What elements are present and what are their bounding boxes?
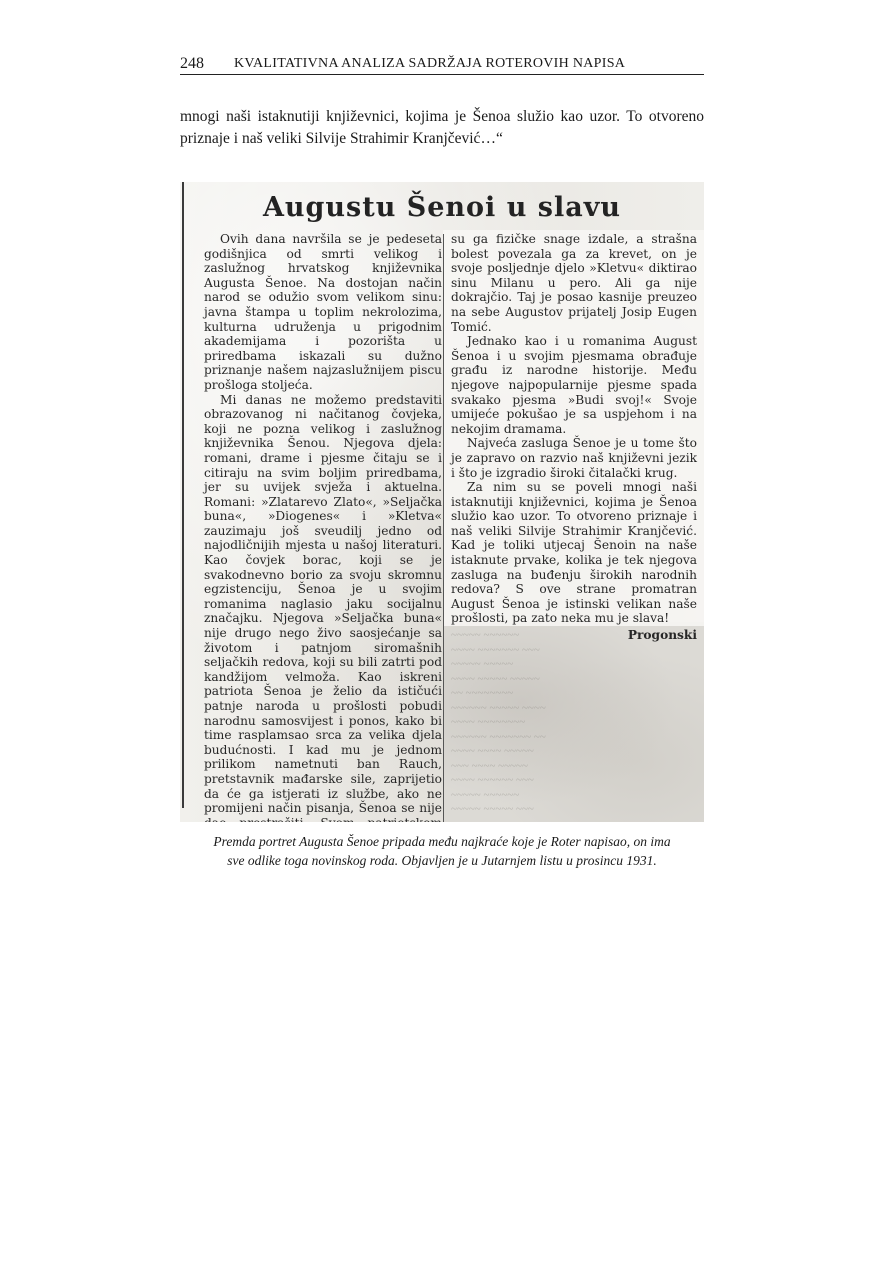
page-number: 248 [180, 54, 234, 74]
newspaper-clipping-image: Augustu Šenoi u slavu Ovih dana navršila… [180, 182, 704, 822]
running-title: KVALITATIVNA ANALIZA SADRŽAJA ROTEROVIH … [234, 54, 625, 74]
faded-bleedthrough-text: ~~~~~ ~~~~~~ ~~~~ ~~~~~~~ ~~~ ~~~~~ ~~~~… [451, 628, 591, 817]
clipping-signature: Progonski [451, 628, 697, 643]
clipping-paragraph: Najveća zasluga Šenoe je u tome što je z… [451, 436, 697, 480]
clipping-paragraph: Jednako kao i u romanima August Šenoa i … [451, 334, 697, 436]
clipping-left-border [182, 182, 184, 808]
clipping-left-column: Ovih dana navršila se je pedeseta godišn… [204, 232, 442, 822]
clipping-paragraph: Za nim su se poveli mnogi naši istaknuti… [451, 480, 697, 626]
caption-line-2: sve odlike toga novinskog roda. Objavlje… [180, 851, 704, 870]
clipping-right-column: su ga fizičke snage izdale, a strašna bo… [451, 232, 697, 643]
column-divider [443, 234, 444, 822]
clipping-paragraph: Mi danas ne možemo predstaviti obrazovan… [204, 393, 442, 822]
clipping-headline: Augustu Šenoi u slavu [180, 192, 704, 223]
body-paragraph: mnogi naši istaknutiji književnici, koji… [180, 106, 704, 150]
clipping-faded-region: ~~~~~ ~~~~~~ ~~~~ ~~~~~~~ ~~~ ~~~~~ ~~~~… [443, 622, 704, 822]
figure-caption: Premda portret Augusta Šenoe pripada međ… [180, 832, 704, 870]
clipping-paragraph: su ga fizičke snage izdale, a strašna bo… [451, 232, 697, 334]
running-header: 248 KVALITATIVNA ANALIZA SADRŽAJA ROTERO… [180, 52, 704, 75]
caption-line-1: Premda portret Augusta Šenoe pripada međ… [180, 832, 704, 851]
clipping-paragraph: Ovih dana navršila se je pedeseta godišn… [204, 232, 442, 393]
